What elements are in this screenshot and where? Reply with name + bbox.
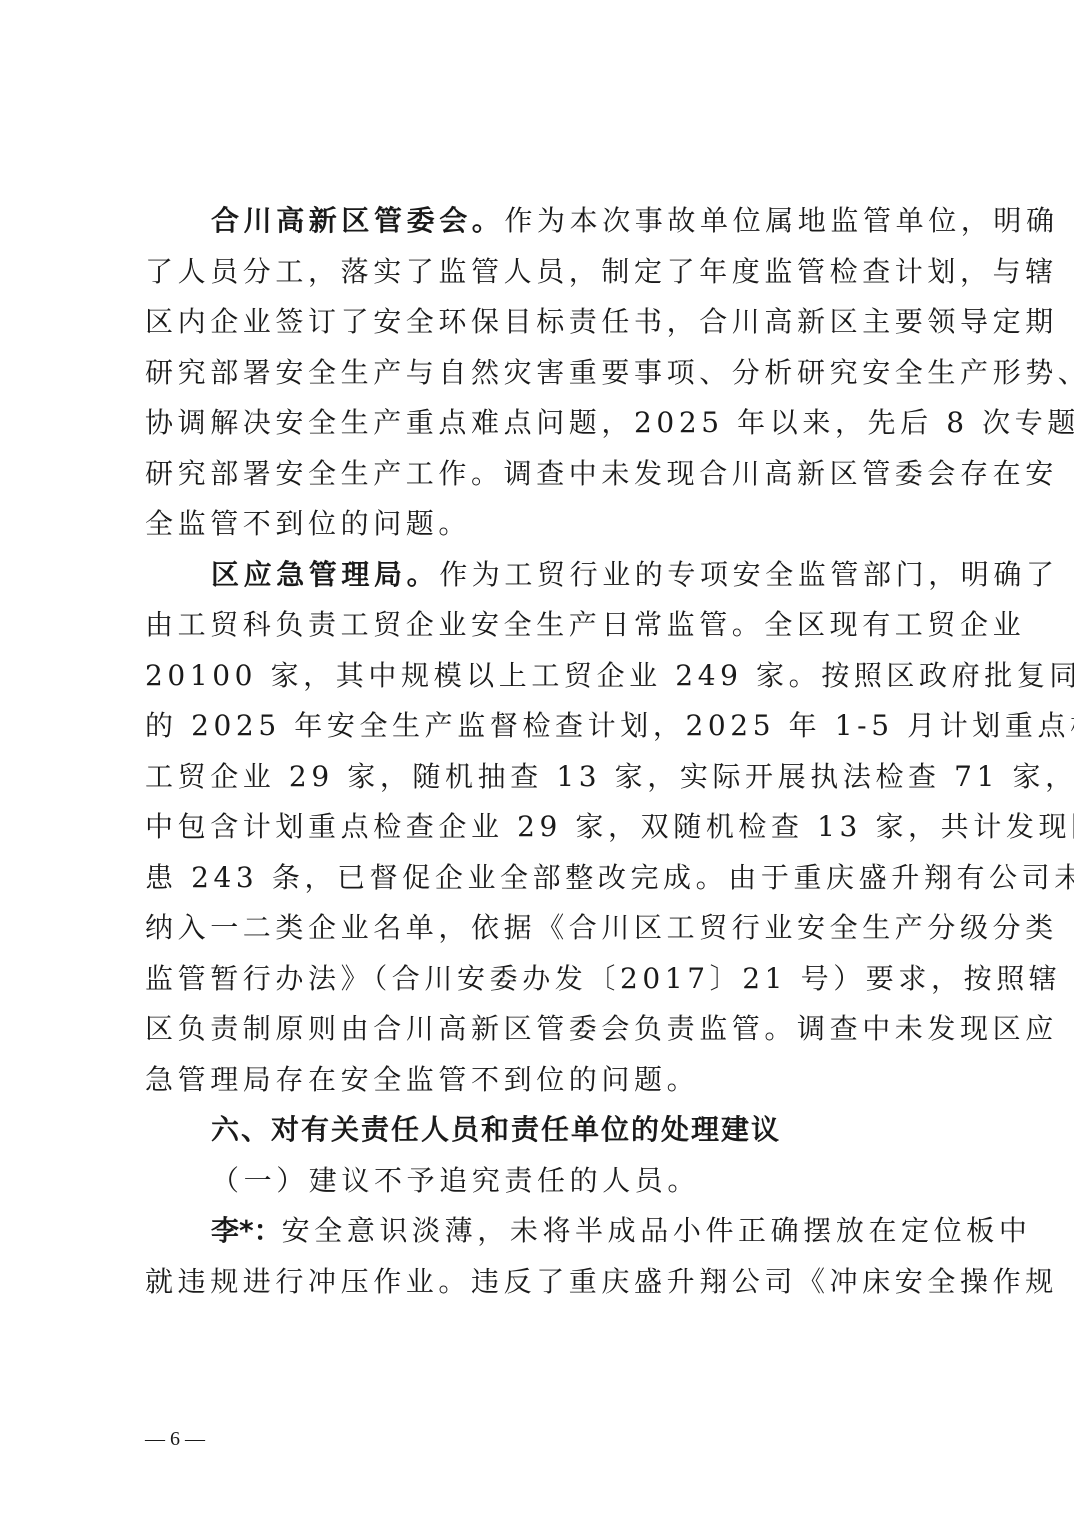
paragraph-line: 区负责制原则由合川高新区管委会负责监管。调查中未发现区应 xyxy=(145,1004,945,1055)
paragraph-lead: 区应急管理局。 xyxy=(211,558,439,591)
section-heading: 六、对有关责任人员和责任单位的处理建议 xyxy=(145,1105,945,1156)
paragraph-line: 的 2025 年安全生产监督检查计划，2025 年 1-5 月计划重点检查 xyxy=(145,701,945,752)
document-body: 合川高新区管委会。作为本次事故单位属地监管单位，明确 了人员分工，落实了监管人员… xyxy=(145,196,945,1307)
paragraph-line: 急管理局存在安全监管不到位的问题。 xyxy=(145,1055,945,1106)
person-name: 李*： xyxy=(211,1214,282,1247)
paragraph-line: 李*：安全意识淡薄，未将半成品小件正确摆放在定位板中 xyxy=(145,1206,945,1257)
subsection-heading: （一）建议不予追究责任的人员。 xyxy=(145,1156,945,1207)
paragraph-line: 合川高新区管委会。作为本次事故单位属地监管单位，明确 xyxy=(145,196,945,247)
paragraph-line: 工贸企业 29 家，随机抽查 13 家，实际开展执法检查 71 家，其 xyxy=(145,752,945,803)
paragraph-line: 研究部署安全生产工作。调查中未发现合川高新区管委会存在安 xyxy=(145,449,945,500)
paragraph-line: 纳入一二类企业名单，依据《合川区工贸行业安全生产分级分类 xyxy=(145,903,945,954)
paragraph-line: 就违规进行冲压作业。违反了重庆盛升翔公司《冲床安全操作规 xyxy=(145,1257,945,1308)
paragraph-line: 研究部署安全生产与自然灾害重要事项、分析研究安全生产形势、 xyxy=(145,348,945,399)
page-number: — 6 — xyxy=(145,1424,205,1454)
paragraph-line: 监管暂行办法》（合川安委办发〔2017〕21 号）要求，按照辖 xyxy=(145,954,945,1005)
paragraph-line: 区应急管理局。作为工贸行业的专项安全监管部门，明确了 xyxy=(145,550,945,601)
paragraph-line: 全监管不到位的问题。 xyxy=(145,499,945,550)
paragraph-line: 20100 家，其中规模以上工贸企业 249 家。按照区政府批复同意 xyxy=(145,651,945,702)
paragraph-line: 中包含计划重点检查企业 29 家，双随机检查 13 家，共计发现隐 xyxy=(145,802,945,853)
paragraph-line: 患 243 条，已督促企业全部整改完成。由于重庆盛升翔有公司未 xyxy=(145,853,945,904)
paragraph-line: 协调解决安全生产重点难点问题，2025 年以来，先后 8 次专题 xyxy=(145,398,945,449)
paragraph-line: 由工贸科负责工贸企业安全生产日常监管。全区现有工贸企业 xyxy=(145,600,945,651)
paragraph-lead: 合川高新区管委会。 xyxy=(211,204,504,237)
paragraph-line: 了人员分工，落实了监管人员，制定了年度监管检查计划，与辖 xyxy=(145,247,945,298)
document-page: 合川高新区管委会。作为本次事故单位属地监管单位，明确 了人员分工，落实了监管人员… xyxy=(0,0,1074,1520)
paragraph-line: 区内企业签订了安全环保目标责任书，合川高新区主要领导定期 xyxy=(145,297,945,348)
